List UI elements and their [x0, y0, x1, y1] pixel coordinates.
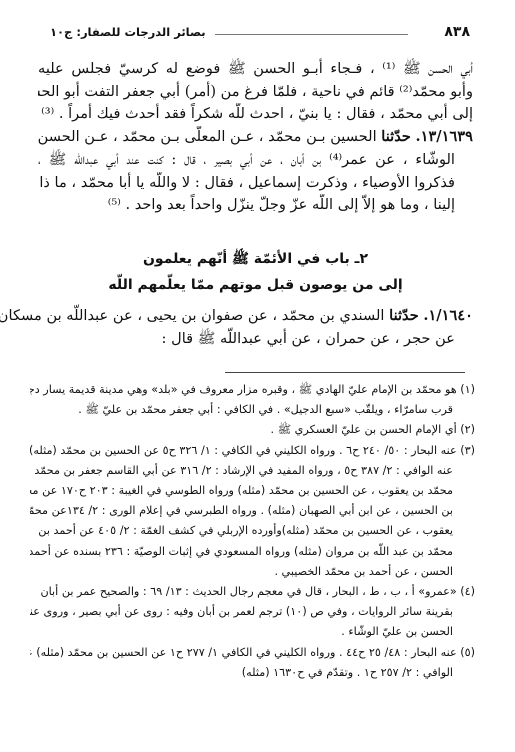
footnote-3-line: محمّد بن عبد اللّه بن مروان (مثله) ورواه…	[30, 542, 475, 562]
footnote-3-line: يعقوب ، عن الحسين بن محمّد (مثله)وأورده …	[30, 521, 475, 541]
page-header: ٨٣٨ بصائر الدرجات للصفار: ج١٠	[30, 24, 470, 44]
footnote-2-line: (٢) أي الإمام الحسن بن عليّ العسكري ﷺ .	[30, 420, 475, 440]
hadith-opening: حدّثنا	[381, 128, 411, 145]
text-line: السندي بن محمّد ، عن صفوان بن يحيى ، عن …	[0, 307, 385, 324]
footnote-1-line: (١) هو محمّد بن الإمام عليّ الهادي ﷺ ، و…	[30, 380, 475, 400]
footnote-4-line: بقرينة سائر الروايات ، وفي ص (١٠) ترجم ل…	[30, 602, 475, 622]
footnote-4-line: (٤) «عمرو» أ ، ب ، ط ، البحار ، قال في م…	[30, 582, 475, 602]
hadith-1640-first-line: ١/١٦٤٠. حدّثنا السندي بن محمّد ، عن صفوا…	[38, 305, 473, 328]
footnote-3-line: عنه الوافي : ٢/ ٣٨٧ ح٥ ، ورواه المفيد في…	[30, 461, 475, 481]
hadith-number: ١٣/١٦٣٩.	[416, 128, 473, 145]
footnote-3-line: (٣) عنه البحار : ٥٠/ ٢٤٠ ح٦ . ورواه الكل…	[30, 441, 475, 461]
chapter-heading: ٢ـ باب في الأئمّة ﷺ أنّهم يعلمون إلى من …	[38, 246, 473, 298]
chapter-title-line-2: إلى من يوصون قبل موتهم ممّا يعلّمهم اللّ…	[38, 272, 473, 298]
footnote-5-line: (٥) عنه البحار : ٤٨/ ٢٥ ح٤٤ . ورواه الكل…	[30, 643, 475, 663]
hadith-opening: حدّثنا	[389, 307, 419, 324]
header-rule	[215, 34, 408, 35]
text-line: الوشّاء ، عن عمر⁽⁴⁾ بن أبان ، عن أبي بصي…	[38, 149, 473, 172]
footnote-3-line: محمّد بن يعقوب ، عن الحسين بن محمّد (مثل…	[30, 481, 475, 501]
text-line: الحسين بـن محمّد ، عـن المعلّى بـن محمّد…	[38, 128, 377, 145]
main-text: أبي الحسن ﷺ ⁽¹⁾ ، فـجاء أبـو الحسن ﷺ فوض…	[38, 58, 473, 217]
footnote-4-line: الحسن بن عليّ الوشّاء .	[30, 622, 475, 642]
footnote-3-line: الحسن ، عن أحمد بن محمّد الخصيبي .	[30, 562, 475, 582]
text-line: إلى أبي محمّد ، فقال : يا بنيّ ، احدث لل…	[38, 103, 473, 126]
text-line: أبي الحسن ﷺ ⁽¹⁾ ، فـجاء أبـو الحسن ﷺ فوض…	[38, 58, 473, 81]
text-line: عن حجر ، عن حمران ، عن أبي عبداللّه ﷺ قا…	[38, 328, 473, 351]
running-title: بصائر الدرجات للصفار: ج١٠	[50, 25, 206, 39]
footnote-5-line: الوافي : ٢/ ٢٥٧ ح١ . وتقدّم في ح١٦٣٠ (مث…	[30, 663, 475, 683]
hadith-1639-first-line: ١٣/١٦٣٩. حدّثنا الحسين بـن محمّد ، عـن ا…	[38, 126, 473, 149]
footnote-1-line: قرب سامرّاء ، ويلقّب «سبع الدجيل» . في ا…	[30, 400, 475, 420]
hadith-number: ١/١٦٤٠.	[423, 307, 473, 324]
text-line: وأبو محمّد⁽²⁾ قائم في ناحية ، فلمّا فرغ …	[38, 81, 473, 104]
chapter-title-line-1: ٢ـ باب في الأئمّة ﷺ أنّهم يعلمون	[38, 246, 473, 272]
hadith-1640: ١/١٦٤٠. حدّثنا السندي بن محمّد ، عن صفوا…	[38, 305, 473, 350]
footnote-separator	[225, 372, 465, 373]
text-line: إلينا ، وما هو إلاّ إلى اللّه عزّ وجلّ ي…	[38, 194, 473, 217]
footnotes: (١) هو محمّد بن الإمام عليّ الهادي ﷺ ، و…	[30, 380, 475, 683]
footnote-3-line: بن الحسين ، عن ابن أبي الصهبان (مثله) . …	[30, 501, 475, 521]
page-number: ٨٣٨	[444, 24, 470, 40]
text-line: فذكروا الأوصياء ، وذكرت إسماعيل ، فقال :…	[38, 172, 473, 195]
book-page: ٨٣٨ بصائر الدرجات للصفار: ج١٠ أبي الحسن …	[0, 0, 515, 752]
